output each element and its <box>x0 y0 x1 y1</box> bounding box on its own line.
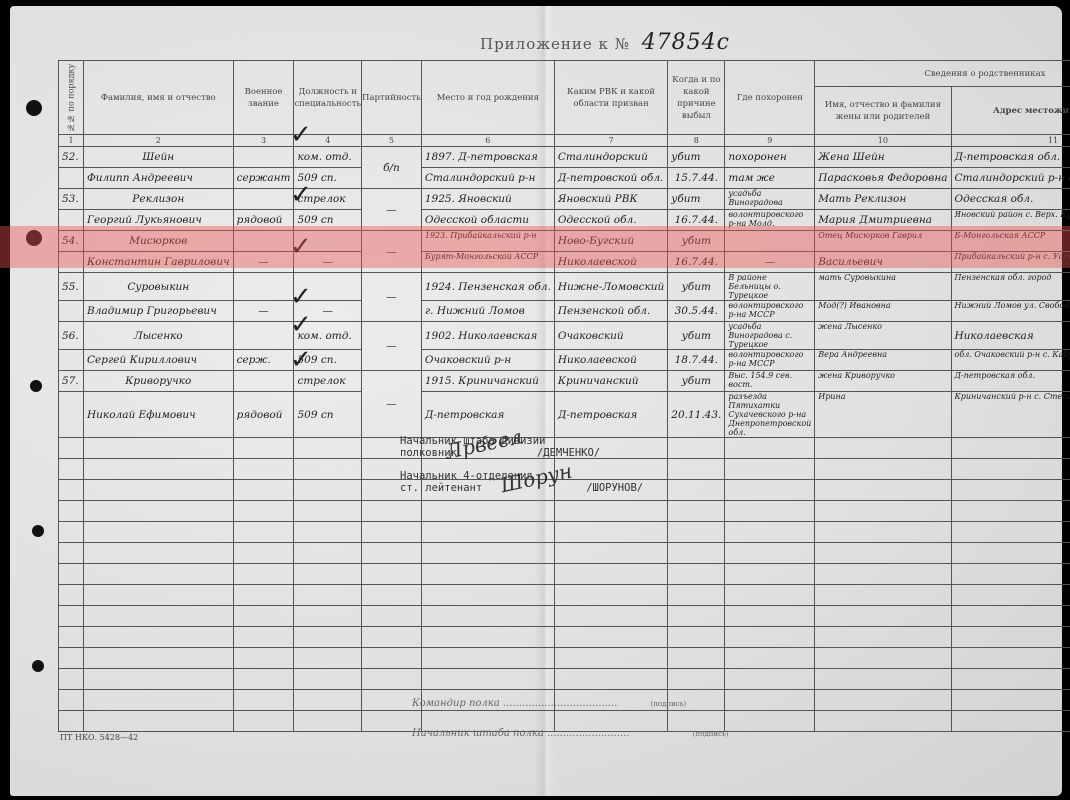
check-mark-icon: ✓ <box>290 310 312 340</box>
punch-hole <box>26 230 42 246</box>
empty-row <box>59 648 1070 669</box>
table-row-highlighted[interactable]: 54. Мисюрков — 1923. Прибайкальский р-н … <box>59 231 1070 252</box>
header-address: Адрес местожительства <box>951 87 1070 135</box>
header-relative-name: Имя, отчество и фамилия жены или родител… <box>815 87 951 135</box>
table-row-highlighted[interactable]: Константин Гаврилович — — Бурят-Монгольс… <box>59 252 1070 273</box>
table-row: Владимир Григорьевич — — г. Нижний Ломов… <box>59 301 1070 322</box>
empty-row <box>59 543 1070 564</box>
empty-row <box>59 564 1070 585</box>
header-buried: Где похоронен <box>725 61 815 135</box>
table-row: Николай Ефимович рядовой 509 сп Д-петров… <box>59 392 1070 438</box>
header-rank: Военное звание <box>233 61 294 135</box>
empty-row <box>59 627 1070 648</box>
header-number: №№ по порядку <box>59 61 84 135</box>
header-rvk: Каким РВК и какой области призван <box>554 61 667 135</box>
print-code: ПТ НКО. 5428—42 <box>60 733 138 742</box>
check-mark-icon: ✓ <box>290 120 312 150</box>
given-names: Филипп Андреевич <box>84 168 234 189</box>
punch-hole <box>26 100 42 116</box>
punch-hole <box>32 660 44 672</box>
check-mark-icon: ✓ <box>290 232 312 262</box>
table-row: 53. Реклизон стрелок — 1925. Яновский Ян… <box>59 189 1070 210</box>
empty-row <box>59 585 1070 606</box>
check-mark-icon: ✓ <box>290 345 312 375</box>
footer-commander: Командир полка .........................… <box>412 698 686 709</box>
table-row: 52. Шейн ком. отд. б/п 1897. Д-петровска… <box>59 147 1070 168</box>
table-row: 56. Лысенко ком. отд. — 1902. Николаевск… <box>59 322 1070 350</box>
casualty-table: №№ по порядку Фамилия, имя и отчество Во… <box>58 60 1070 732</box>
table-row: 57. Криворучко стрелок — 1915. Криничанс… <box>59 371 1070 392</box>
punch-hole <box>30 380 42 392</box>
header-relatives-group: Сведения о родственниках <box>815 61 1070 87</box>
reference-number: 47854с <box>642 30 730 55</box>
empty-row <box>59 522 1070 543</box>
table-row: Георгий Лукьянович рядовой 509 сп Одесск… <box>59 210 1070 231</box>
check-mark-icon: ✓ <box>290 282 312 312</box>
header-when-out: Когда и по какой причине выбыл <box>668 61 725 135</box>
empty-row <box>59 606 1070 627</box>
table-row: 55. Суровыкин — 1924. Пензенская обл. Ни… <box>59 273 1070 301</box>
header-full-name: Фамилия, имя и отчество <box>84 61 234 135</box>
document-reference: Приложение к № 47854с <box>480 30 730 55</box>
empty-row <box>59 501 1070 522</box>
footer-chief-of-staff: Начальник штаба полка ..................… <box>412 728 729 739</box>
table-row: Филипп Андреевич сержант 509 сп. Сталинд… <box>59 168 1070 189</box>
check-mark-icon: ✓ <box>290 180 312 210</box>
table-row: Сергей Кириллович серж. 509 сп. Очаковск… <box>59 350 1070 371</box>
empty-row <box>59 669 1070 690</box>
header-party: Партийность <box>362 61 422 135</box>
punch-hole <box>32 525 44 537</box>
column-numbers-row: 12 34 56 78 910 11 <box>59 135 1070 147</box>
header-birth: Место и год рождения <box>421 61 554 135</box>
surname: Шейн <box>84 147 234 168</box>
